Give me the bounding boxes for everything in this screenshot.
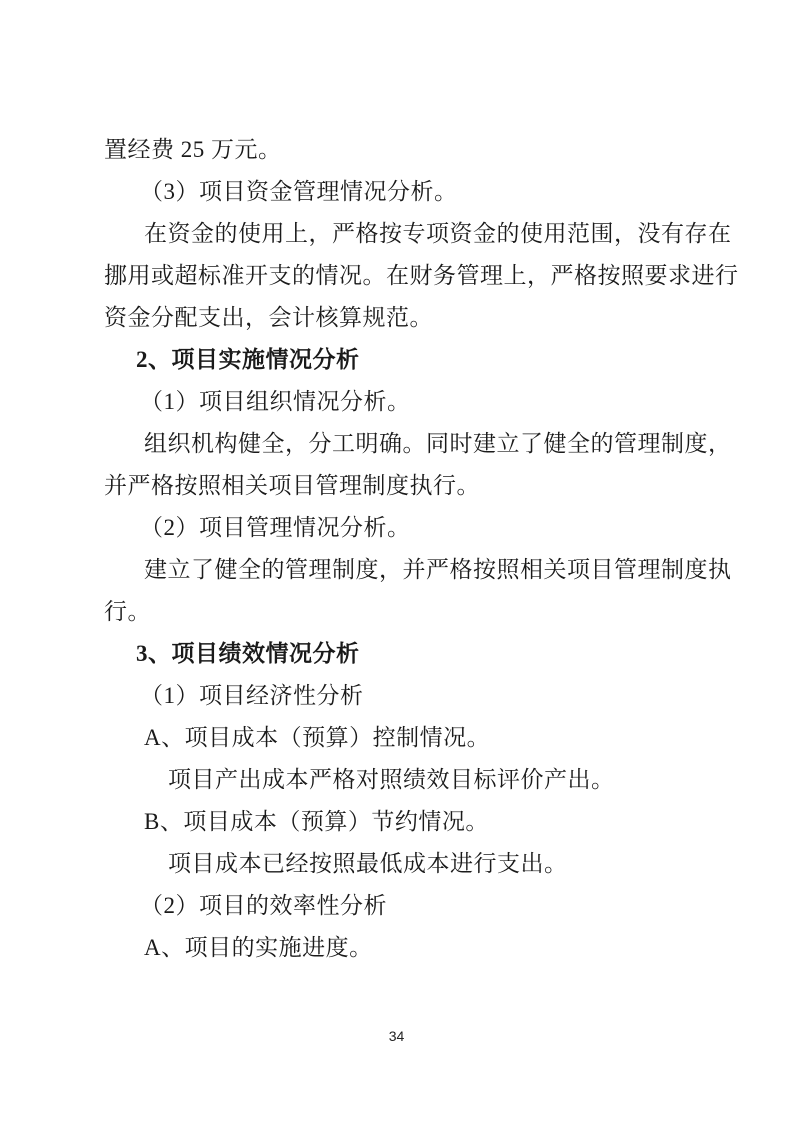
subheading-efficiency-analysis: （2）项目的效率性分析 (104, 885, 716, 927)
subheading-fund-management: （3）项目资金管理情况分析。 (104, 171, 716, 213)
text-line: 项目成本已经按照最低成本进行支出。 (104, 843, 716, 885)
text-line: 并严格按照相关项目管理制度执行。 (104, 465, 716, 507)
text-line: 组织机构健全，分工明确。同时建立了健全的管理制度， (104, 423, 716, 465)
text-line: 行。 (104, 591, 716, 633)
text-line: 置经费 25 万元。 (104, 129, 716, 171)
subheading-project-organization: （1）项目组织情况分析。 (104, 381, 716, 423)
document-page: 置经费 25 万元。 （3）项目资金管理情况分析。 在资金的使用上，严格按专项资… (0, 0, 793, 1122)
list-item-a-implementation-progress: A、项目的实施进度。 (104, 927, 716, 969)
heading-project-performance: 3、项目绩效情况分析 (104, 633, 716, 675)
page-number: 34 (0, 1026, 793, 1046)
subheading-economic-analysis: （1）项目经济性分析 (104, 675, 716, 717)
list-item-b-cost-saving: B、项目成本（预算）节约情况。 (104, 801, 716, 843)
text-line: 在资金的使用上，严格按专项资金的使用范围，没有存在 (104, 213, 716, 255)
subheading-project-management: （2）项目管理情况分析。 (104, 507, 716, 549)
page-body-text: 置经费 25 万元。 （3）项目资金管理情况分析。 在资金的使用上，严格按专项资… (104, 129, 716, 969)
text-line: 建立了健全的管理制度，并严格按照相关项目管理制度执 (104, 549, 716, 591)
text-line: 项目产出成本严格对照绩效目标评价产出。 (104, 759, 716, 801)
text-line: 挪用或超标准开支的情况。在财务管理上，严格按照要求进行 (104, 255, 716, 297)
list-item-a-cost-control: A、项目成本（预算）控制情况。 (104, 717, 716, 759)
heading-project-implementation: 2、项目实施情况分析 (104, 339, 716, 381)
text-line: 资金分配支出，会计核算规范。 (104, 297, 716, 339)
